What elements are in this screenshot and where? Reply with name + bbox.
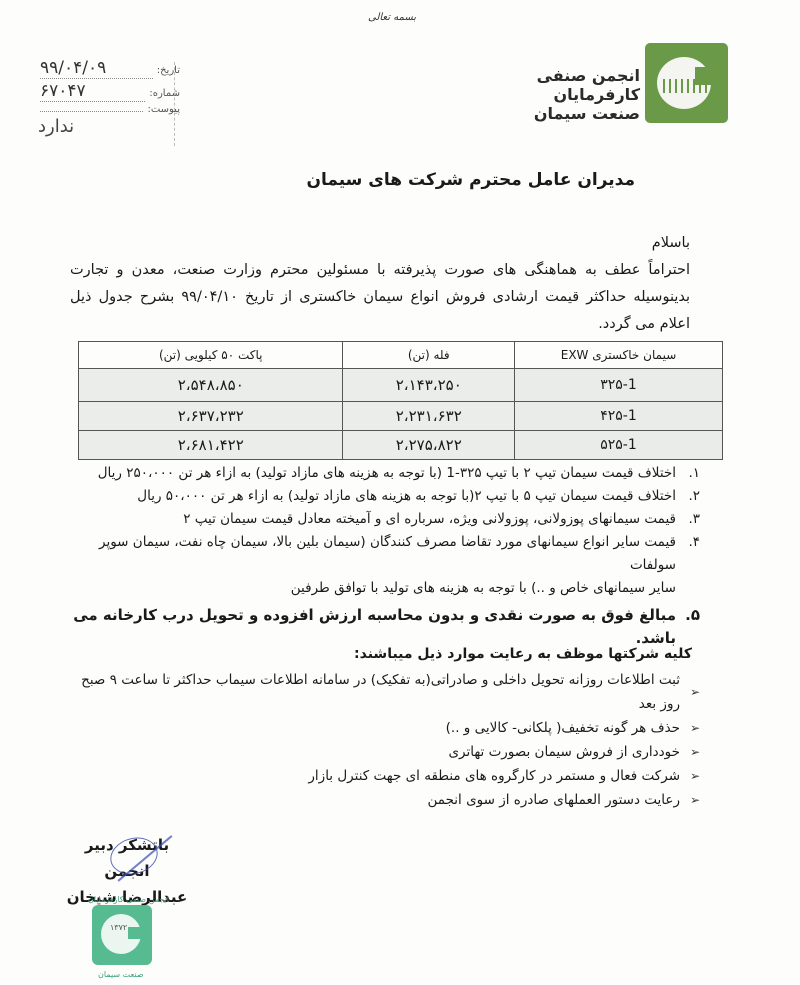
note-text: قیمت سیمانهای پوزولانی، پوزولانی ویژه، س…	[183, 508, 676, 531]
duties-title: کلیه شرکتها موظف به رعایت موارد ذیل میبا…	[354, 646, 692, 662]
association-stamp-icon: ۱۳۷۲	[92, 905, 152, 965]
table-row: ۴۲۵-1 ۲،۲۳۱،۶۳۲ ۲،۶۳۷،۲۳۲	[79, 402, 723, 431]
note-text: اختلاف قیمت سیمان تیپ ۲ با تیپ ۳۲۵-1 (با…	[98, 462, 676, 485]
arrow-bullet-icon: ➢	[680, 680, 700, 704]
duty-text: رعایت دستور العملهای صادره از سوی انجمن	[428, 788, 681, 812]
arrow-bullet-icon: ➢	[680, 716, 700, 740]
note-item: ۴. قیمت سایر انواع سیمانهای مورد تقاضا م…	[60, 531, 700, 577]
note-item: ۵. مبالغ فوق به صورت نقدی و بدون محاسبه …	[60, 604, 700, 650]
arrow-bullet-icon: ➢	[680, 740, 700, 764]
note-item: ۲. اختلاف قیمت سیمان تیپ ۵ با تیپ ۲(با ت…	[60, 485, 700, 508]
attachment-line	[40, 111, 143, 112]
note-number: ۵.	[676, 604, 700, 650]
list-item: ➢ شرکت فعال و مستمر در کارگروه های منطقه…	[60, 764, 700, 788]
header-cement-type: سیمان خاکستری EXW	[515, 342, 723, 369]
number-value: ۶۷۰۴۷	[40, 81, 145, 102]
bag-price: ۲،۶۳۷،۲۳۲	[79, 402, 343, 431]
bag-price: ۲،۵۴۸،۸۵۰	[79, 369, 343, 402]
logo-line-3: صنعت سیمان	[525, 104, 640, 123]
cement-type: ۴۲۵-1	[515, 402, 723, 431]
arrow-bullet-icon: ➢	[680, 764, 700, 788]
reference-divider	[174, 62, 176, 146]
date-value: ۹۹/۰۴/۰۹	[40, 58, 153, 79]
attachment-value: ندارد	[38, 116, 74, 137]
note-number: ۳.	[676, 508, 700, 531]
body-text: احتراماً عطف به هماهنگی های صورت پذیرفته…	[70, 257, 690, 338]
note-item: ۳. قیمت سیمانهای پوزولانی، پوزولانی ویژه…	[60, 508, 700, 531]
cement-type: ۳۲۵-1	[515, 369, 723, 402]
cement-type: ۵۲۵-1	[515, 431, 723, 460]
list-item: ➢ رعایت دستور العملهای صادره از سوی انجم…	[60, 788, 700, 812]
bulk-price: ۲،۲۳۱،۶۳۲	[343, 402, 515, 431]
note-number: ۱.	[676, 462, 700, 485]
stamp-top-text: انجمن صنفی کارفرمایان	[88, 895, 169, 904]
number-row: شماره: ۶۷۰۴۷	[40, 81, 180, 104]
note-text: قیمت سایر انواع سیمانهای مورد تقاضا مصرف…	[60, 531, 676, 577]
logo-line-2: کارفرمایان	[525, 85, 640, 104]
notes-list: ۱. اختلاف قیمت سیمان تیپ ۲ با تیپ ۳۲۵-1 …	[60, 462, 700, 650]
header-bag: پاکت ۵۰ کیلویی (تن)	[79, 342, 343, 369]
bulk-price: ۲،۲۷۵،۸۲۲	[343, 431, 515, 460]
note-number: ۴.	[676, 531, 700, 577]
stamp-year: ۱۳۷۲	[110, 923, 127, 932]
association-name: انجمن صنفی کارفرمایان صنعت سیمان	[525, 66, 640, 123]
duty-text: شرکت فعال و مستمر در کارگروه های منطقه ا…	[308, 764, 680, 788]
duty-text: خودداری از فروش سیمان بصورت تهاتری	[448, 740, 680, 764]
arrow-bullet-icon: ➢	[680, 788, 700, 812]
duty-text: حذف هر گونه تخفیف( پلکانی- کالایی و ..)	[446, 716, 680, 740]
date-label: تاریخ:	[157, 65, 180, 76]
header-bulk: فله (تن)	[343, 342, 515, 369]
table-row: ۳۲۵-1 ۲،۱۴۳،۲۵۰ ۲،۵۴۸،۸۵۰	[79, 369, 723, 402]
price-table: سیمان خاکستری EXW فله (تن) پاکت ۵۰ کیلوی…	[78, 341, 723, 460]
bismillah: بسمه تعالی	[368, 12, 416, 23]
table-row: ۵۲۵-1 ۲،۲۷۵،۸۲۲ ۲،۶۸۱،۴۲۲	[79, 431, 723, 460]
note-item: ۱. اختلاف قیمت سیمان تیپ ۲ با تیپ ۳۲۵-1 …	[60, 462, 700, 485]
list-item: ➢ حذف هر گونه تخفیف( پلکانی- کالایی و ..…	[60, 716, 700, 740]
association-logo-icon	[645, 43, 728, 123]
note-number: ۲.	[676, 485, 700, 508]
date-row: تاریخ: ۹۹/۰۴/۰۹	[40, 58, 180, 81]
logo-line-1: انجمن صنفی	[525, 66, 640, 85]
greeting: باسلام	[70, 230, 690, 257]
addressee-title: مدیران عامل محترم شرکت های سیمان	[306, 170, 635, 190]
table-header-row: سیمان خاکستری EXW فله (تن) پاکت ۵۰ کیلوی…	[79, 342, 723, 369]
letter-body: باسلام احتراماً عطف به هماهنگی های صورت …	[70, 230, 690, 338]
duties-list: ➢ ثبت اطلاعات روزانه تحویل داخلی و صادرا…	[60, 668, 700, 812]
note-text: مبالغ فوق به صورت نقدی و بدون محاسبه ارز…	[60, 604, 676, 650]
note-text: اختلاف قیمت سیمان تیپ ۵ با تیپ ۲(با توجه…	[137, 485, 676, 508]
list-item: ➢ ثبت اطلاعات روزانه تحویل داخلی و صادرا…	[60, 668, 700, 716]
note-continuation: سایر سیمانهای خاص و ..) با توجه به هزینه…	[60, 577, 700, 600]
duty-text: ثبت اطلاعات روزانه تحویل داخلی و صادراتی…	[60, 668, 680, 716]
list-item: ➢ خودداری از فروش سیمان بصورت تهاتری	[60, 740, 700, 764]
stamp-bottom-text: صنعت سیمان	[98, 970, 144, 979]
bag-price: ۲،۶۸۱،۴۲۲	[79, 431, 343, 460]
bulk-price: ۲،۱۴۳،۲۵۰	[343, 369, 515, 402]
